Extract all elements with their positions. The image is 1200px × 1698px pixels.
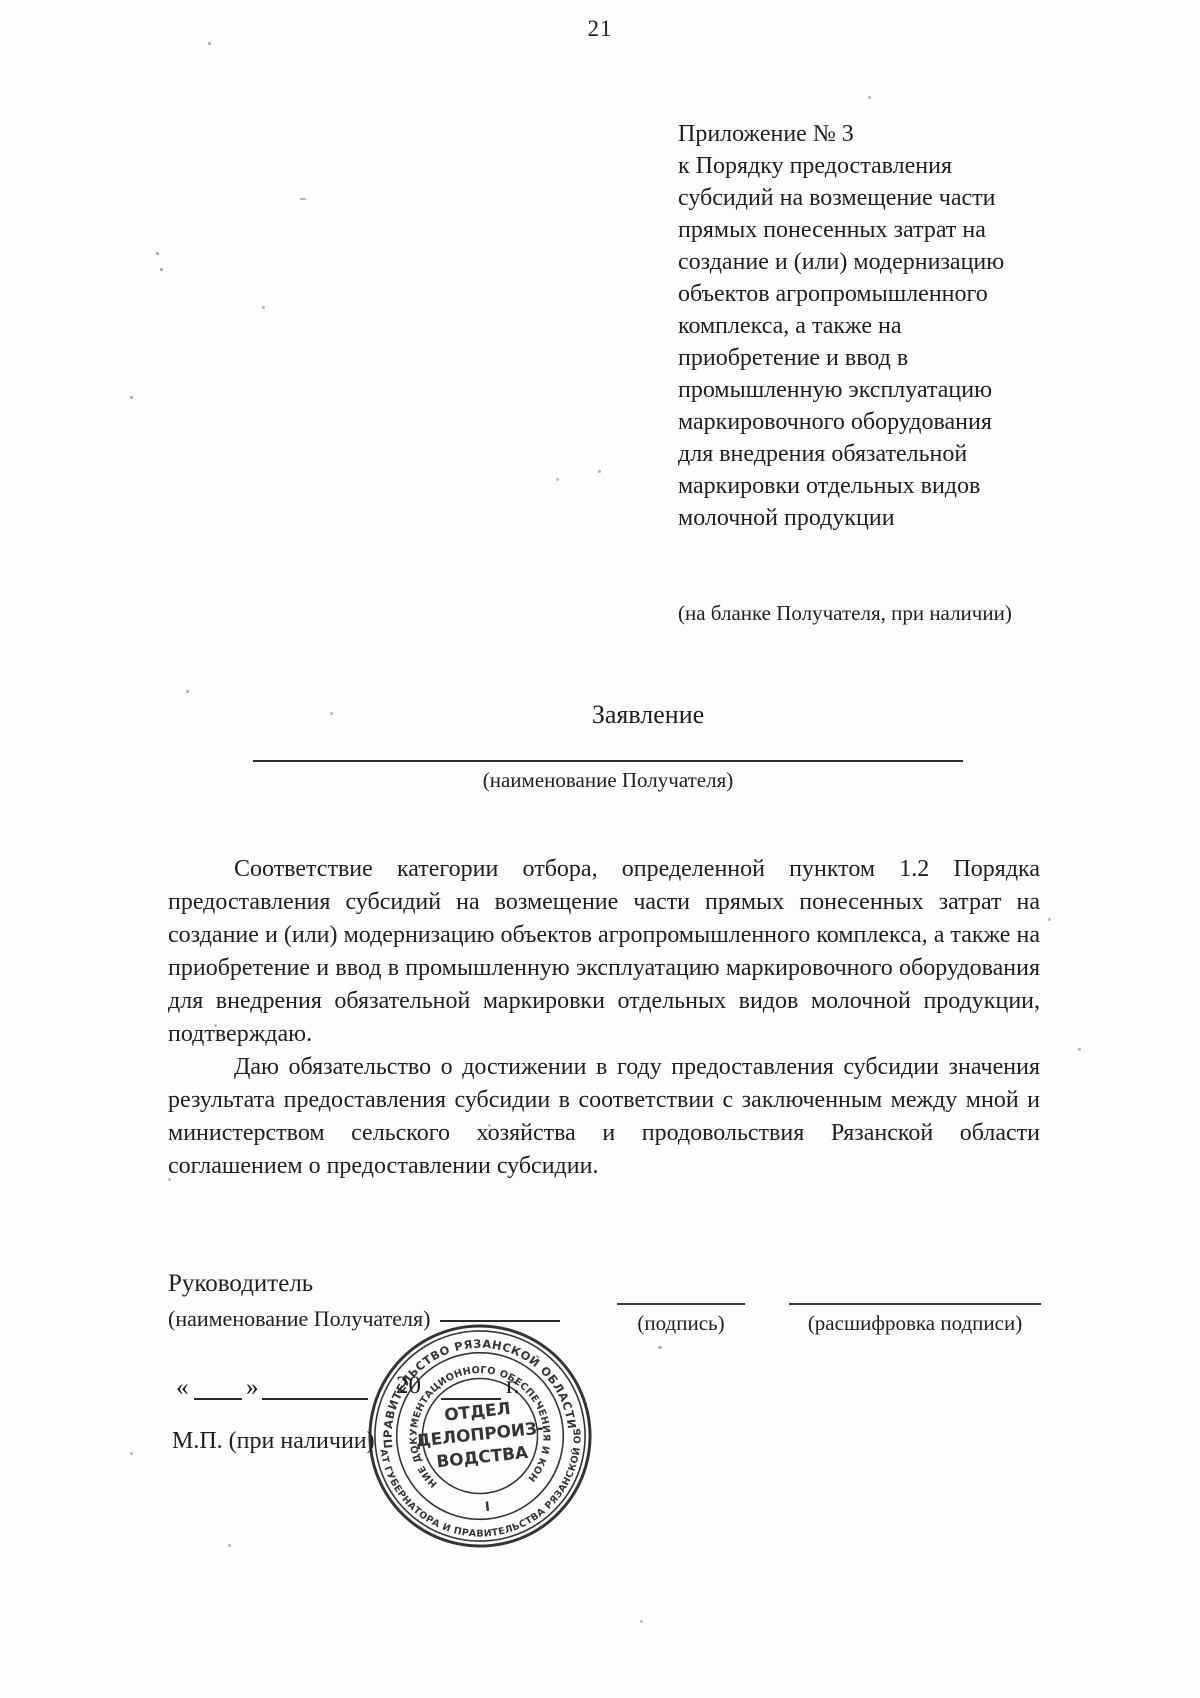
scan-speckle — [330, 712, 333, 715]
appendix-line: объектов агропромышленного — [678, 278, 1068, 310]
appendix-line: маркировки отдельных видов — [678, 470, 1068, 502]
scan-speckle — [868, 96, 871, 99]
body-paragraph: Даю обязательство о достижении в году пр… — [168, 1051, 1040, 1183]
appendix-line: приобретение и ввод в — [678, 342, 1068, 374]
date-month-blank — [262, 1398, 368, 1400]
date-quote-close: » — [246, 1374, 259, 1402]
scan-speckle — [598, 470, 601, 473]
document-body: Соответствие категории отбора, определен… — [168, 853, 1040, 1183]
scan-speckle — [168, 1178, 171, 1181]
signatory-role-label: Руководитель — [168, 1270, 313, 1298]
date-day-blank — [194, 1398, 242, 1400]
appendix-reference-block: Приложение № 3 к Порядку предоставления … — [678, 118, 1068, 534]
recipient-name-caption: (наименование Получателя) — [253, 768, 963, 793]
appendix-line: Приложение № 3 — [678, 118, 1068, 150]
signature-line — [617, 1303, 745, 1305]
scan-speckle — [130, 396, 133, 399]
scan-speckle — [214, 1024, 217, 1027]
appendix-line: субсидий на возмещение части — [678, 182, 1068, 214]
scanned-document-page: 21 Приложение № 3 к Порядку предоставлен… — [0, 0, 1200, 1698]
appendix-line: комплекса, а также на — [678, 310, 1068, 342]
signature-transcript-caption: (расшифровка подписи) — [789, 1311, 1041, 1336]
scan-speckle — [1078, 1048, 1081, 1051]
scan-speckle — [556, 478, 559, 481]
recipient-name-underline — [253, 760, 963, 762]
scan-speckle — [186, 690, 189, 693]
appendix-line: к Порядку предоставления — [678, 150, 1068, 182]
scan-speckle — [228, 1544, 231, 1547]
appendix-line: маркировочного оборудования — [678, 406, 1068, 438]
appendix-line: промышленную эксплуатацию — [678, 374, 1068, 406]
scan-speckle — [160, 268, 163, 271]
appendix-line: молочной продукции — [678, 502, 1068, 534]
seal-place-note: М.П. (при наличии) — [172, 1428, 375, 1455]
appendix-line: создание и (или) модернизацию — [678, 246, 1068, 278]
stamp-bottom-mark: I — [484, 1500, 490, 1515]
signature-caption: (подпись) — [606, 1311, 756, 1336]
scan-speckle — [208, 42, 211, 45]
scan-speckle — [130, 1452, 133, 1455]
scan-speckle — [488, 1124, 491, 1127]
appendix-line: прямых понесенных затрат на — [678, 214, 1068, 246]
date-quote-open: « — [176, 1374, 189, 1402]
page-number: 21 — [0, 16, 1200, 42]
document-title: Заявление — [253, 700, 1043, 730]
scan-speckle — [640, 1620, 643, 1623]
body-paragraph: Соответствие категории отбора, определен… — [168, 853, 1040, 1051]
signature-transcript-line — [789, 1303, 1041, 1305]
letterhead-note: (на бланке Получателя, при наличии) — [678, 601, 1012, 626]
round-office-stamp: * ПРАВИТЕЛЬСТВО РЯЗАНСКОЙ ОБЛАСТИ * АППА… — [366, 1322, 594, 1550]
appendix-line: для внедрения обязательной — [678, 438, 1068, 470]
scan-speckle — [262, 306, 265, 309]
scan-speckle — [156, 252, 159, 255]
scan-speckle — [1048, 918, 1051, 921]
scan-speckle — [658, 1346, 662, 1349]
scan-speckle — [300, 198, 306, 200]
